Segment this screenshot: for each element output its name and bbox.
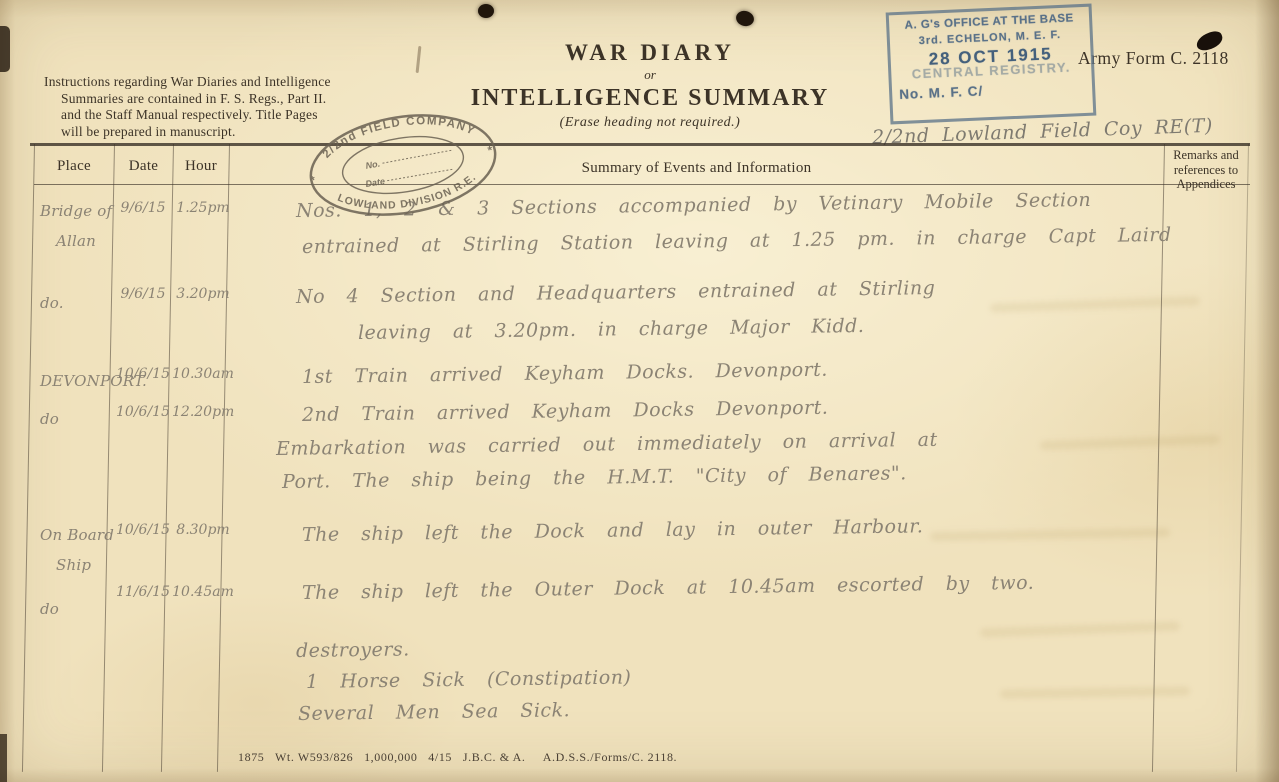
entry-summary-line: leaving at 3.20pm. in charge Major Kidd. [358,315,865,344]
war-diary-page: Instructions regarding War Diaries and I… [0,0,1279,782]
entry-summary-line: Several Men Sea Sick. [298,699,570,725]
entry-summary-line: 2nd Train arrived Keyham Docks Devonport… [302,397,829,426]
entry-date: 9/6/15 [114,286,172,302]
stamp-no-label: No. [365,159,381,171]
entry-summary-line: No 4 Section and Headquarters entrained … [296,277,936,308]
stamp-date-label: Date [365,176,386,189]
entry-summary-line: entrained at Stirling Station leaving at… [302,224,1172,258]
stamp-star-left: * [309,173,316,188]
entry-date: 10/6/15 [114,366,172,382]
entry-date: 11/6/15 [114,584,172,600]
entry-summary-line: The ship left the Dock and lay in outer … [302,515,924,546]
entry-date: 10/6/15 [114,522,172,538]
entry-hour: 10.30am [172,366,234,382]
entry-hour: 10.45am [172,584,234,600]
entry-hour: 1.25pm [172,200,234,216]
entry-summary-line: destroyers. [296,638,410,662]
entry-hour: 8.30pm [172,522,234,538]
entry-summary-line: The ship left the Outer Dock at 10.45am … [302,572,1035,604]
diary-entries: Bridge of Allan9/6/151.25pmNos. 1, 2 & 3… [0,0,1279,782]
entry-date: 10/6/15 [114,404,172,420]
entry-date: 9/6/15 [114,200,172,216]
entry-summary-line: Embarkation was carried out immediately … [276,429,938,460]
entry-summary-line: 1 Horse Sick (Constipation) [306,666,632,693]
entry-summary-line: 1st Train arrived Keyham Docks. Devonpor… [302,359,828,388]
entry-summary-line: Port. The ship being the H.M.T. "City of… [282,462,907,493]
entry-hour: 12.20pm [172,404,234,420]
entry-hour: 3.20pm [172,286,234,302]
